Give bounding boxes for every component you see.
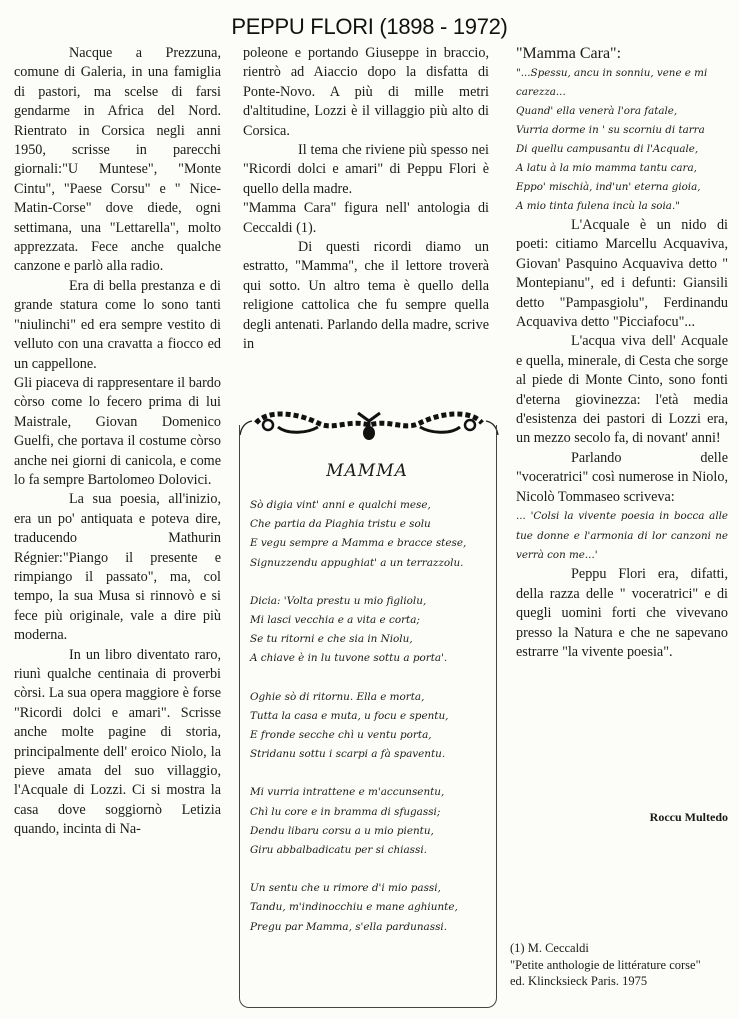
poem-line: Dendu libaru corsu a u mio pientu, xyxy=(250,822,495,841)
paragraph: Gli piaceva di rappresentare il bardo cò… xyxy=(14,374,221,490)
paragraph: Il tema che riviene più spesso nei "Rico… xyxy=(243,141,489,199)
column-2: poleone e portando Giuseppe in braccio, … xyxy=(243,44,489,355)
paragraph: La sua poesia, all'inizio, era un po' an… xyxy=(14,490,221,645)
poem-line: Pregu par Mamma, s'ella pardunassi. xyxy=(250,918,495,937)
author-signature: Roccu Multedo xyxy=(600,810,728,825)
poem-line: Che partia da Piaghia tristu e solu xyxy=(250,515,495,534)
paragraph: Parlando delle "voceratrici" così numero… xyxy=(516,449,728,507)
quote-block: "...Spessu, ancu in sonniu, vene e mi ca… xyxy=(516,64,728,216)
paragraph: L'acqua viva dell' Acquale e quella, min… xyxy=(516,332,728,448)
quote-line: "...Spessu, ancu in sonniu, vene e mi ca… xyxy=(516,64,728,102)
paragraph: "Mamma Cara" figura nell' antologia di C… xyxy=(243,199,489,238)
poem-line: Tutta la casa e muta, u focu e spentu, xyxy=(250,707,495,726)
poem-line: Oghie sò di ritornu. Ella e morta, xyxy=(250,688,495,707)
quote-line: A latu à la mio mamma tantu cara, xyxy=(516,159,728,178)
poem-line: Dicia: 'Volta prestu u mio figliolu, xyxy=(250,592,495,611)
poem-stanza: Sò digia vint' anni e qualchi mese, Che … xyxy=(250,496,495,573)
article-title: PEPPU FLORI (1898 - 1972) xyxy=(0,14,739,40)
poem-line: Tandu, m'indinocchiu e mane aghiunte, xyxy=(250,898,495,917)
footnote: (1) M. Ceccaldi "Petite anthologie de li… xyxy=(510,940,735,990)
paragraph: In un libro diventato raro, riunì qualch… xyxy=(14,646,221,840)
poem-line: E vegu sempre a Mamma e bracce stese, xyxy=(250,534,495,553)
poem-body: Sò digia vint' anni e qualchi mese, Che … xyxy=(250,496,495,956)
poem-line: A chiave è in lu tuvone sottu a porta'. xyxy=(250,649,495,668)
poem-stanza: Mi vurria intrattene e m'accunsentu, Chì… xyxy=(250,783,495,860)
poem-line: Stridanu sottu i scarpi a fà spaventu. xyxy=(250,745,495,764)
poem-title: MAMMA xyxy=(239,461,495,481)
poem-line: E fronde secche chì u ventu porta, xyxy=(250,726,495,745)
paragraph: poleone e portando Giuseppe in braccio, … xyxy=(243,44,489,141)
column-1: Nacque a Prezzuna, comune di Galeria, in… xyxy=(14,44,221,840)
quote-line: Eppo' mischià, ind'un' eterna gioia, xyxy=(516,178,728,197)
paragraph: L'Acquale è un nido di poeti: citiamo Ma… xyxy=(516,216,728,332)
poem-stanza: Oghie sò di ritornu. Ella e morta, Tutta… xyxy=(250,688,495,765)
poem-line: Sò digia vint' anni e qualchi mese, xyxy=(250,496,495,515)
quote-line: Quand' ella venerà l'ora fatale, xyxy=(516,102,728,121)
poem-line: Se tu ritorni e che sia in Niolu, xyxy=(250,630,495,649)
quote-line: Di quellu campusantu di l'Acquale, xyxy=(516,140,728,159)
quote-heading: "Mamma Cara": xyxy=(516,44,728,64)
tommaseo-quote: ... 'Colsi la vivente poesia in bocca al… xyxy=(516,507,728,565)
column-3: "Mamma Cara": "...Spessu, ancu in sonniu… xyxy=(516,44,728,662)
poem-line: Giru abbalbadicatu per si chiassi. xyxy=(250,841,495,860)
poem-stanza: Un sentu che u rimore d'i mio passi, Tan… xyxy=(250,879,495,937)
poem-line: Mi lasci vecchia e a vita e corta; xyxy=(250,611,495,630)
paragraph: Era di bella prestanza e di grande statu… xyxy=(14,277,221,374)
quote-line: A mio tinta fulena incù la soia." xyxy=(516,197,728,216)
footnote-line: ed. Klincksieck Paris. 1975 xyxy=(510,973,735,990)
poem-line: Chì lu core e in bramma di sfugassi; xyxy=(250,803,495,822)
quote-line: Vurria dorme in ' su scorniu di tarra xyxy=(516,121,728,140)
poem-line: Mi vurria intrattene e m'accunsentu, xyxy=(250,783,495,802)
paragraph: Di questi ricordi diamo un estratto, "Ma… xyxy=(243,238,489,354)
closing-paragraph: Peppu Flori era, difatti, della razza de… xyxy=(516,565,728,662)
footnote-line: "Petite anthologie de littérature corse" xyxy=(510,957,735,974)
paragraph: Nacque a Prezzuna, comune di Galeria, in… xyxy=(14,44,221,277)
poem-line: Signuzzendu appughiat' a un terrazzolu. xyxy=(250,554,495,573)
footnote-line: (1) M. Ceccaldi xyxy=(510,940,735,957)
poem-line: Un sentu che u rimore d'i mio passi, xyxy=(250,879,495,898)
poem-stanza: Dicia: 'Volta prestu u mio figliolu, Mi … xyxy=(250,592,495,669)
